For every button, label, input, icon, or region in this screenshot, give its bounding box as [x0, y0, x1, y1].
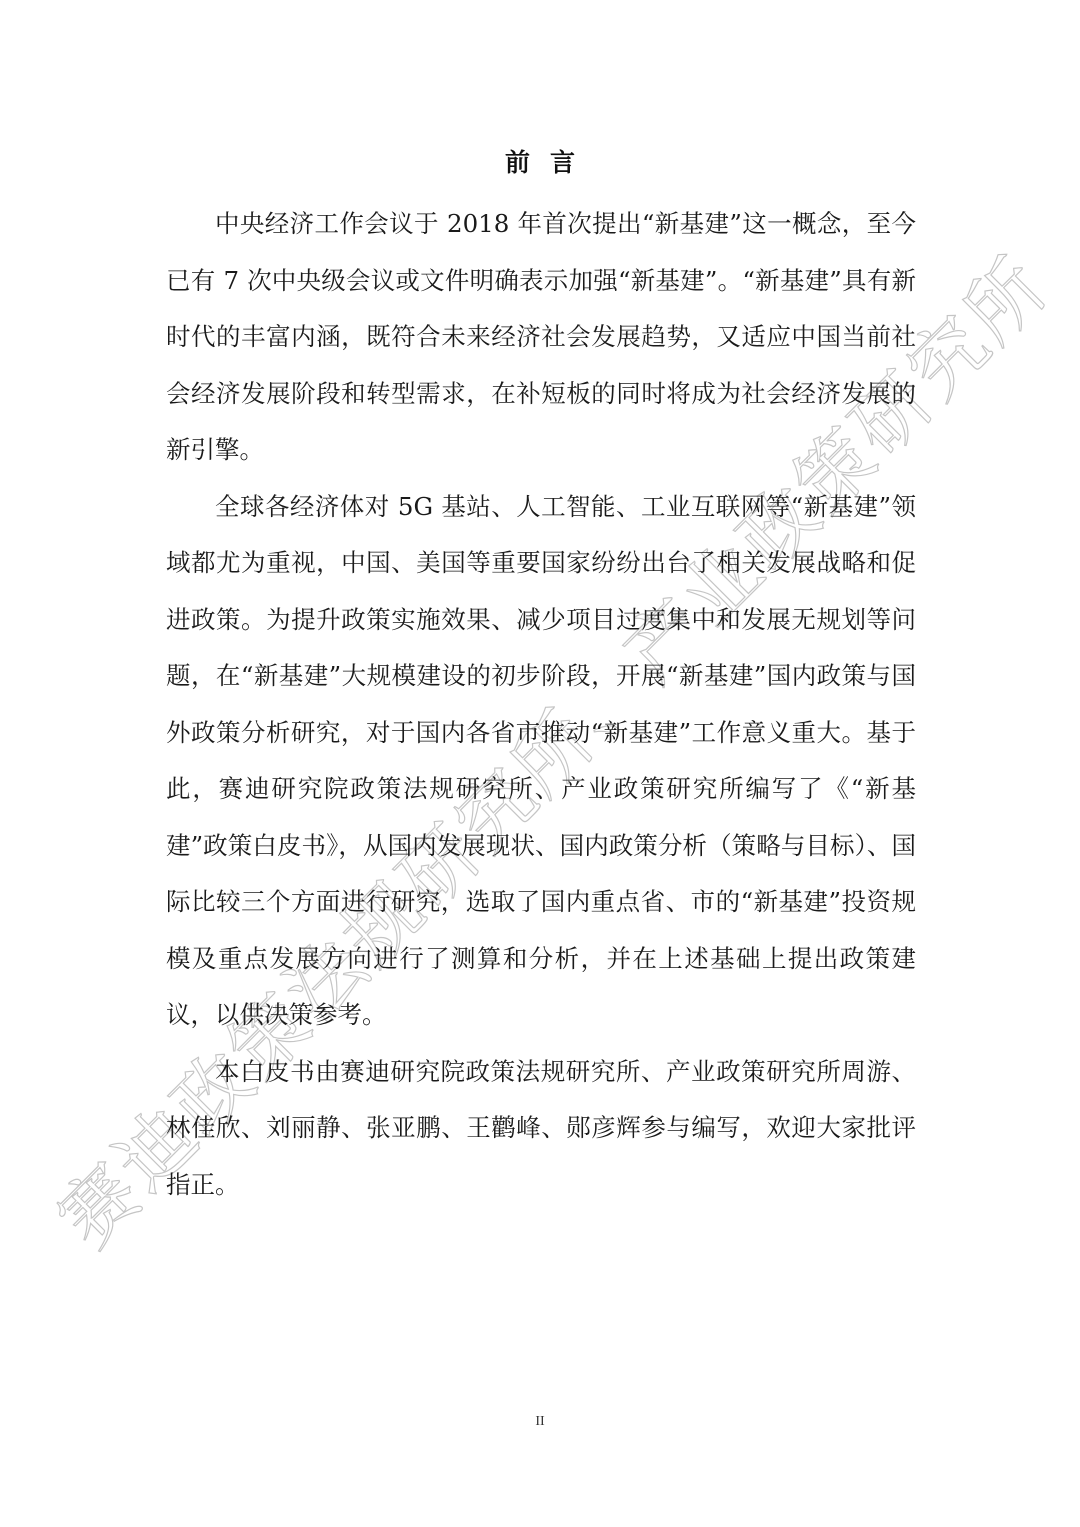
paragraph-1: 中央经济工作会议于 2018 年首次提出“新基建”这一概念，至今已有 7 次中央… [166, 196, 916, 479]
paragraph-3: 本白皮书由赛迪研究院政策法规研究所、产业政策研究所周游、林佳欣、刘丽静、张亚鹏、… [166, 1044, 916, 1214]
document-page: 赛迪政策法规研究所、产业政策研究所 前言 中央经济工作会议于 2018 年首次提… [0, 0, 1080, 1527]
paragraph-2: 全球各经济体对 5G 基站、人工智能、工业互联网等“新基建”领域都尤为重视，中国… [166, 479, 916, 1044]
page-title: 前言 [0, 143, 1080, 179]
page-number: II [0, 1414, 1080, 1430]
body-text: 中央经济工作会议于 2018 年首次提出“新基建”这一概念，至今已有 7 次中央… [166, 196, 916, 1213]
